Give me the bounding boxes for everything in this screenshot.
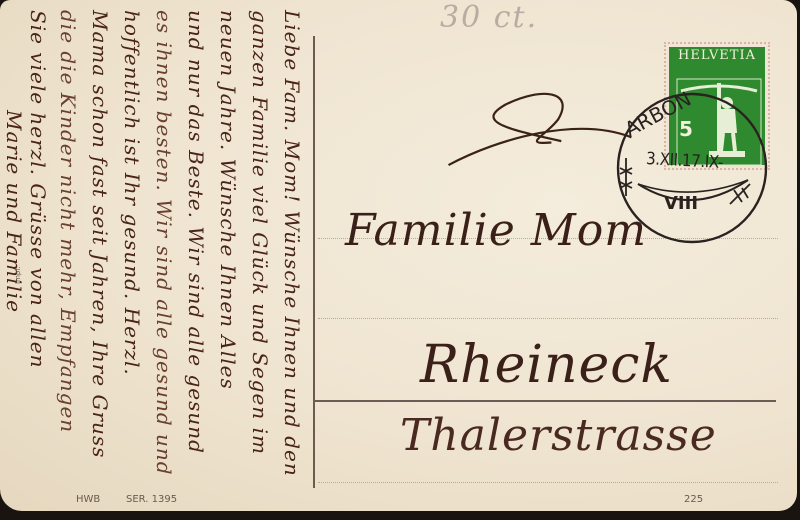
recipient-name: Familie Mom [345, 205, 647, 256]
message-line: Liebe Fam. Mom! Wünsche Ihnen und den [280, 10, 304, 477]
postmark-date: 3.XII.17.IX- [646, 149, 724, 173]
postcard: 30 ct. Liebe Fam. Mom! Wünsche Ihnen und… [0, 0, 797, 511]
postmark-hour: VIII [664, 193, 698, 214]
publisher-mark: HWB [76, 494, 100, 505]
series-number: SER. 1395 [126, 494, 177, 505]
stamp-country: HELVETIA [669, 47, 765, 64]
address-line [318, 318, 778, 319]
message-line: hoffentlich ist Ihr gesund. Herzl. [120, 10, 144, 376]
recipient-street: Thalerstrasse [400, 410, 717, 461]
address-line [318, 482, 778, 483]
pencil-price-note: 30 ct. [440, 0, 538, 35]
message-line: es ihnen besten. Wir sind alle gesund un… [152, 10, 176, 476]
message-line: Mama schon fast seit Jahren, Ihre Gruss [88, 10, 112, 458]
card-number: 225 [684, 494, 703, 505]
message-line: neuen Jahre. Wünsche Ihnen Alles [216, 10, 240, 390]
message-line: die die Kinder nicht mehr, Empfangen [56, 10, 80, 433]
message-line: Sie viele herzl. Grüsse von allen [26, 10, 50, 369]
message-line: und nur das Beste. Wir sind alle gesund [184, 10, 208, 454]
imprint-mark: Impr. [14, 266, 22, 284]
address-line-solid [314, 400, 776, 402]
message-line: ganzen Familie viel Glück und Segen im [248, 10, 272, 455]
recipient-town: Rheineck [420, 335, 673, 395]
center-divider [313, 36, 315, 488]
